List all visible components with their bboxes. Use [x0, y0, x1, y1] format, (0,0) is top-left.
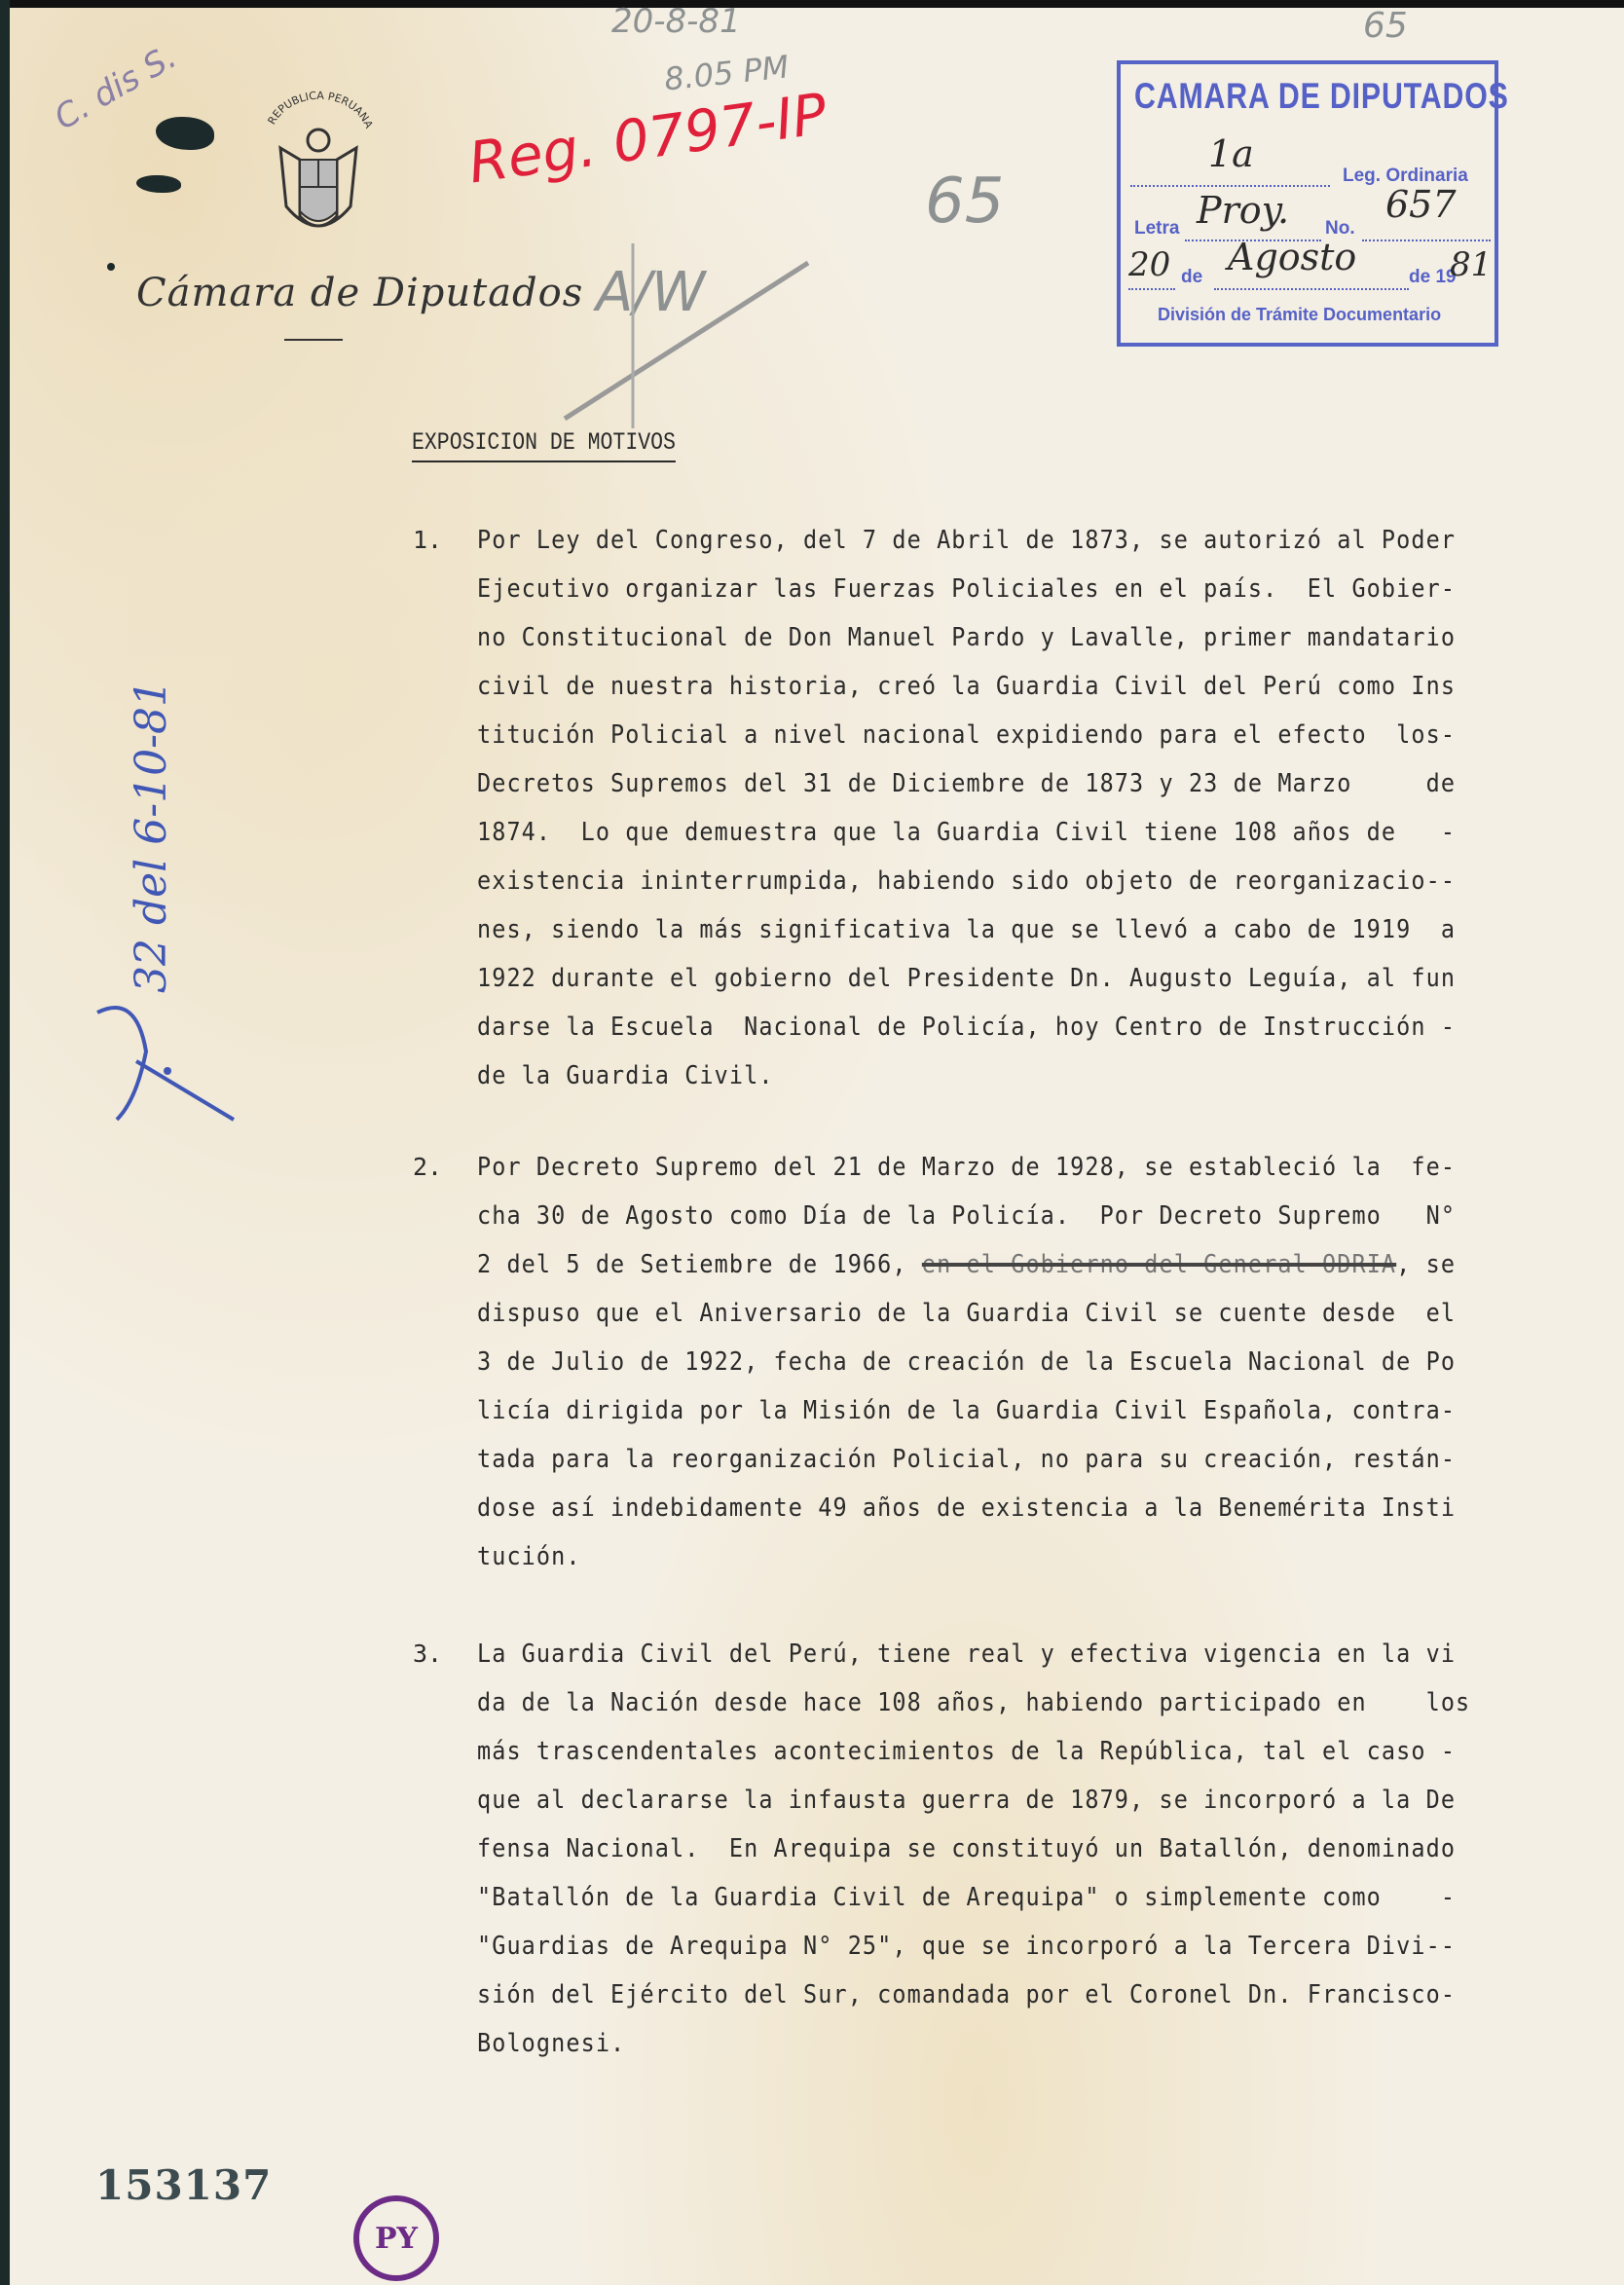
stamp-line: [1214, 288, 1409, 290]
serial-number: 153137: [95, 2161, 272, 2209]
text-line: titución Policial a nivel nacional expid…: [477, 720, 1456, 750]
peru-coat-of-arms-icon: REPUBLICA PERUANA: [261, 90, 376, 240]
text-line: 1922 durante el gobierno del Presidente …: [477, 964, 1456, 993]
stamp-footer: División de Trámite Documentario: [1158, 305, 1441, 325]
stamp-legislatura-value: 1a: [1208, 132, 1254, 175]
stamp-month-value: Agosto: [1228, 236, 1356, 278]
signature-mark: [78, 993, 243, 1129]
text-line: más trascendentales acontecimientos de l…: [477, 1737, 1456, 1766]
stamp-de-label: de: [1181, 267, 1202, 288]
stamp-letra-label: Letra: [1134, 218, 1179, 240]
text-line: de la Guardia Civil.: [477, 1061, 774, 1090]
text-line: que al declararse la infausta guerra de …: [477, 1786, 1456, 1815]
text-line: nes, siendo la más significativa la que …: [477, 915, 1456, 944]
text-line: dispuso que el Aniversario de la Guardia…: [477, 1299, 1456, 1328]
text-line: 3 de Julio de 1922, fecha de creación de…: [477, 1347, 1456, 1377]
text-line: Por Decreto Supremo del 21 de Marzo de 1…: [477, 1153, 1456, 1182]
paragraph-number: 1.: [413, 526, 442, 554]
text-line: Por Ley del Congreso, del 7 de Abril de …: [477, 526, 1456, 555]
py-stamp: PY: [353, 2195, 439, 2281]
text-segment: , se: [1396, 1250, 1456, 1279]
text-line: fensa Nacional. En Arequipa se constituy…: [477, 1834, 1456, 1863]
struck-out-text: en el Gobierno del General ODRIA: [922, 1250, 1396, 1279]
scan-left-edge: [0, 0, 10, 2285]
corner-number: 65: [1363, 6, 1408, 46]
reception-stamp: CAMARA DE DIPUTADOS 1a Leg. Ordinaria Le…: [1117, 60, 1498, 347]
text-line: da de la Nación desde hace 108 años, hab…: [477, 1688, 1470, 1717]
stamp-line: [1362, 240, 1491, 241]
text-line: Bolognesi.: [477, 2029, 625, 2058]
text-line: "Batallón de la Guardia Civil de Arequip…: [477, 1883, 1456, 1912]
text-line: La Guardia Civil del Perú, tiene real y …: [477, 1640, 1456, 1669]
text-line: existencia ininterrumpida, habiendo sido…: [477, 866, 1456, 896]
stamp-year-value: 81: [1450, 245, 1492, 284]
stamp-letra-value: Proy.: [1197, 189, 1289, 232]
text-line: civil de nuestra historia, creó la Guard…: [477, 672, 1456, 701]
text-line: cha 30 de Agosto como Día de la Policía.…: [477, 1201, 1456, 1231]
text-line: "Guardias de Arequipa N° 25", que se inc…: [477, 1932, 1456, 1961]
stamp-day-value: 20: [1128, 245, 1170, 284]
text-line: tución.: [477, 1542, 581, 1571]
pencil-date: 20-8-81: [611, 2, 741, 41]
text-line: darse la Escuela Nacional de Policía, ho…: [477, 1013, 1456, 1042]
text-line: Decretos Supremos del 31 de Diciembre de…: [477, 769, 1456, 798]
text-line: dose así indebidamente 49 años de existe…: [477, 1493, 1456, 1523]
text-line: no Constitucional de Don Manuel Pardo y …: [477, 623, 1456, 652]
stamp-title: CAMARA DE DIPUTADOS: [1134, 76, 1509, 117]
text-line: licía dirigida por la Misión de la Guard…: [477, 1396, 1456, 1425]
document-title: EXPOSICION DE MOTIVOS: [412, 428, 676, 462]
stamp-line: [1128, 288, 1175, 290]
pencil-center-number: 65: [925, 166, 1004, 238]
paragraph-number: 3.: [413, 1640, 442, 1668]
text-line: Ejecutivo organizar las Fuerzas Policial…: [477, 574, 1456, 604]
stamp-no-value: 657: [1385, 183, 1457, 226]
stamp-line: [1130, 185, 1330, 187]
paragraph-number: 2.: [413, 1153, 442, 1181]
text-line: tada para la reorganización Policial, no…: [477, 1445, 1456, 1474]
pencil-slash-mark: [555, 243, 818, 438]
svg-text:REPUBLICA PERUANA: REPUBLICA PERUANA: [266, 90, 376, 130]
ink-blot: [107, 263, 115, 271]
margin-note-text: 32 del 6-10-81: [127, 680, 176, 993]
text-line-with-strikethrough: 2 del 5 de Setiembre de 1966, en el Gobi…: [477, 1250, 1456, 1279]
text-line: 1874. Lo que demuestra que la Guardia Ci…: [477, 818, 1456, 847]
letterhead-rule: [284, 339, 343, 341]
letterhead-institution: Cámara de Diputados: [136, 271, 583, 315]
text-line: sión del Ejército del Sur, comandada por…: [477, 1980, 1456, 2009]
text-segment: 2 del 5 de Setiembre de 1966,: [477, 1250, 922, 1279]
